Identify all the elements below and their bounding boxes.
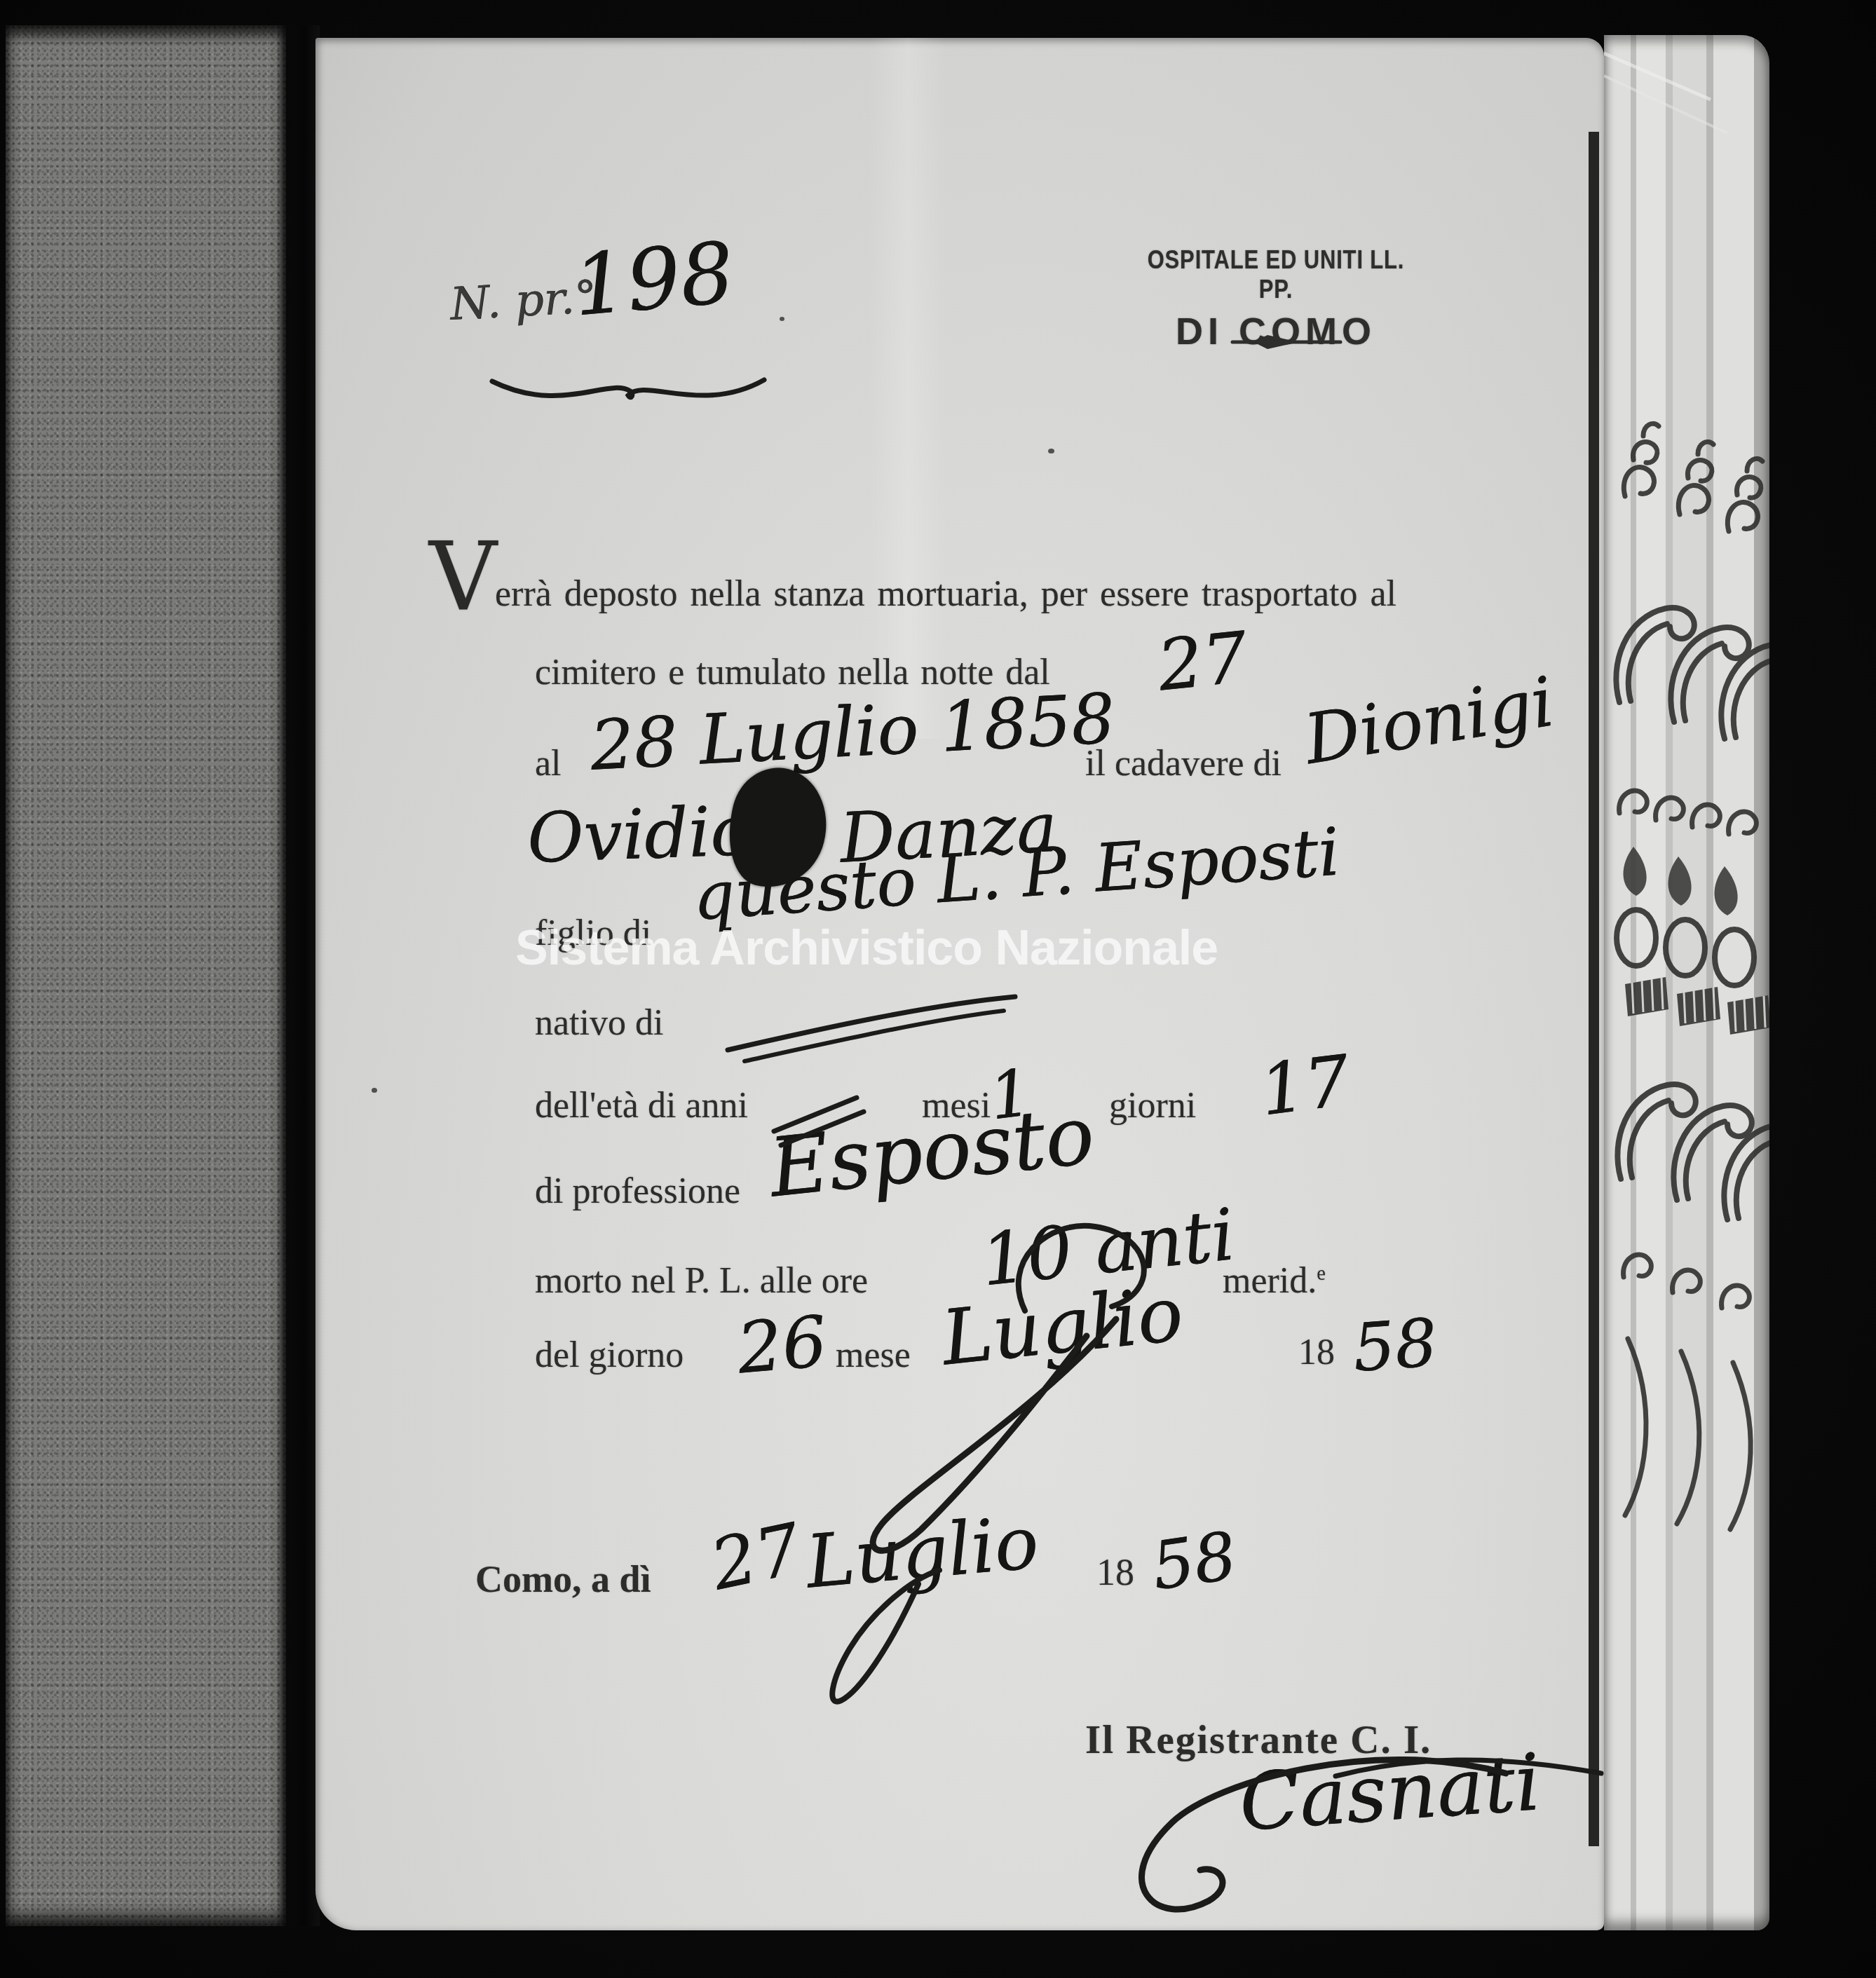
book-photo: N. pr.° 198 OSPITALE ED UNITI LL. PP. DI… [0, 0, 1876, 1978]
form-line3-al: al [535, 743, 562, 784]
registry-number-value: 198 [569, 224, 738, 335]
place-date-label: Como, a dì [475, 1557, 651, 1601]
ink-speck [1048, 449, 1054, 453]
footer-year-hw: 58 [1147, 1518, 1241, 1606]
archive-watermark: Sistema Archivistico Nazionale [515, 920, 1218, 976]
merid-sup: e [1317, 1263, 1326, 1285]
stamp-line2: DI COMO [1122, 310, 1430, 353]
ink-speck [780, 317, 784, 321]
office-stamp: OSPITALE ED UNITI LL. PP. DI COMO [1122, 245, 1430, 353]
night-from-day-value: 27 [1154, 616, 1251, 707]
merid-label: merid. [1223, 1261, 1317, 1301]
footer-year-printed: 18 [1096, 1550, 1134, 1594]
form-line7-anni: dell'età di anni [535, 1085, 748, 1126]
year-printed-prefix: 18 [1298, 1332, 1335, 1373]
form-line8-professione: di professione [535, 1171, 740, 1212]
form-line10-giorno: del giorno [535, 1335, 684, 1376]
death-day-value: 26 [734, 1300, 830, 1390]
year-hw-suffix: 58 [1350, 1305, 1439, 1387]
book-spine-shadow [279, 25, 320, 1926]
form-line9-merid: merid.e [1223, 1260, 1326, 1302]
page-crease [869, 38, 946, 739]
stamp-line1: OSPITALE ED UNITI LL. PP. [1143, 245, 1408, 304]
form-line10-mese: mese [836, 1335, 911, 1376]
page-border-rule [1589, 132, 1599, 1846]
form-line9-morto: morto nel P. L. alle ore [535, 1260, 868, 1302]
age-days-value: 17 [1256, 1039, 1354, 1132]
ink-speck [372, 1088, 377, 1093]
book-cover [6, 25, 286, 1926]
stacked-page-edges [1604, 35, 1769, 1930]
form-line3-cadavere: il cadavere di [1085, 743, 1282, 784]
form-line1: errà deposto nella stanza mortuaria, per… [495, 573, 1396, 615]
dropcap-v: V [429, 530, 497, 624]
form-line7-giorni: giorni [1109, 1085, 1196, 1126]
form-line6-nativo: nativo di [535, 1002, 663, 1044]
